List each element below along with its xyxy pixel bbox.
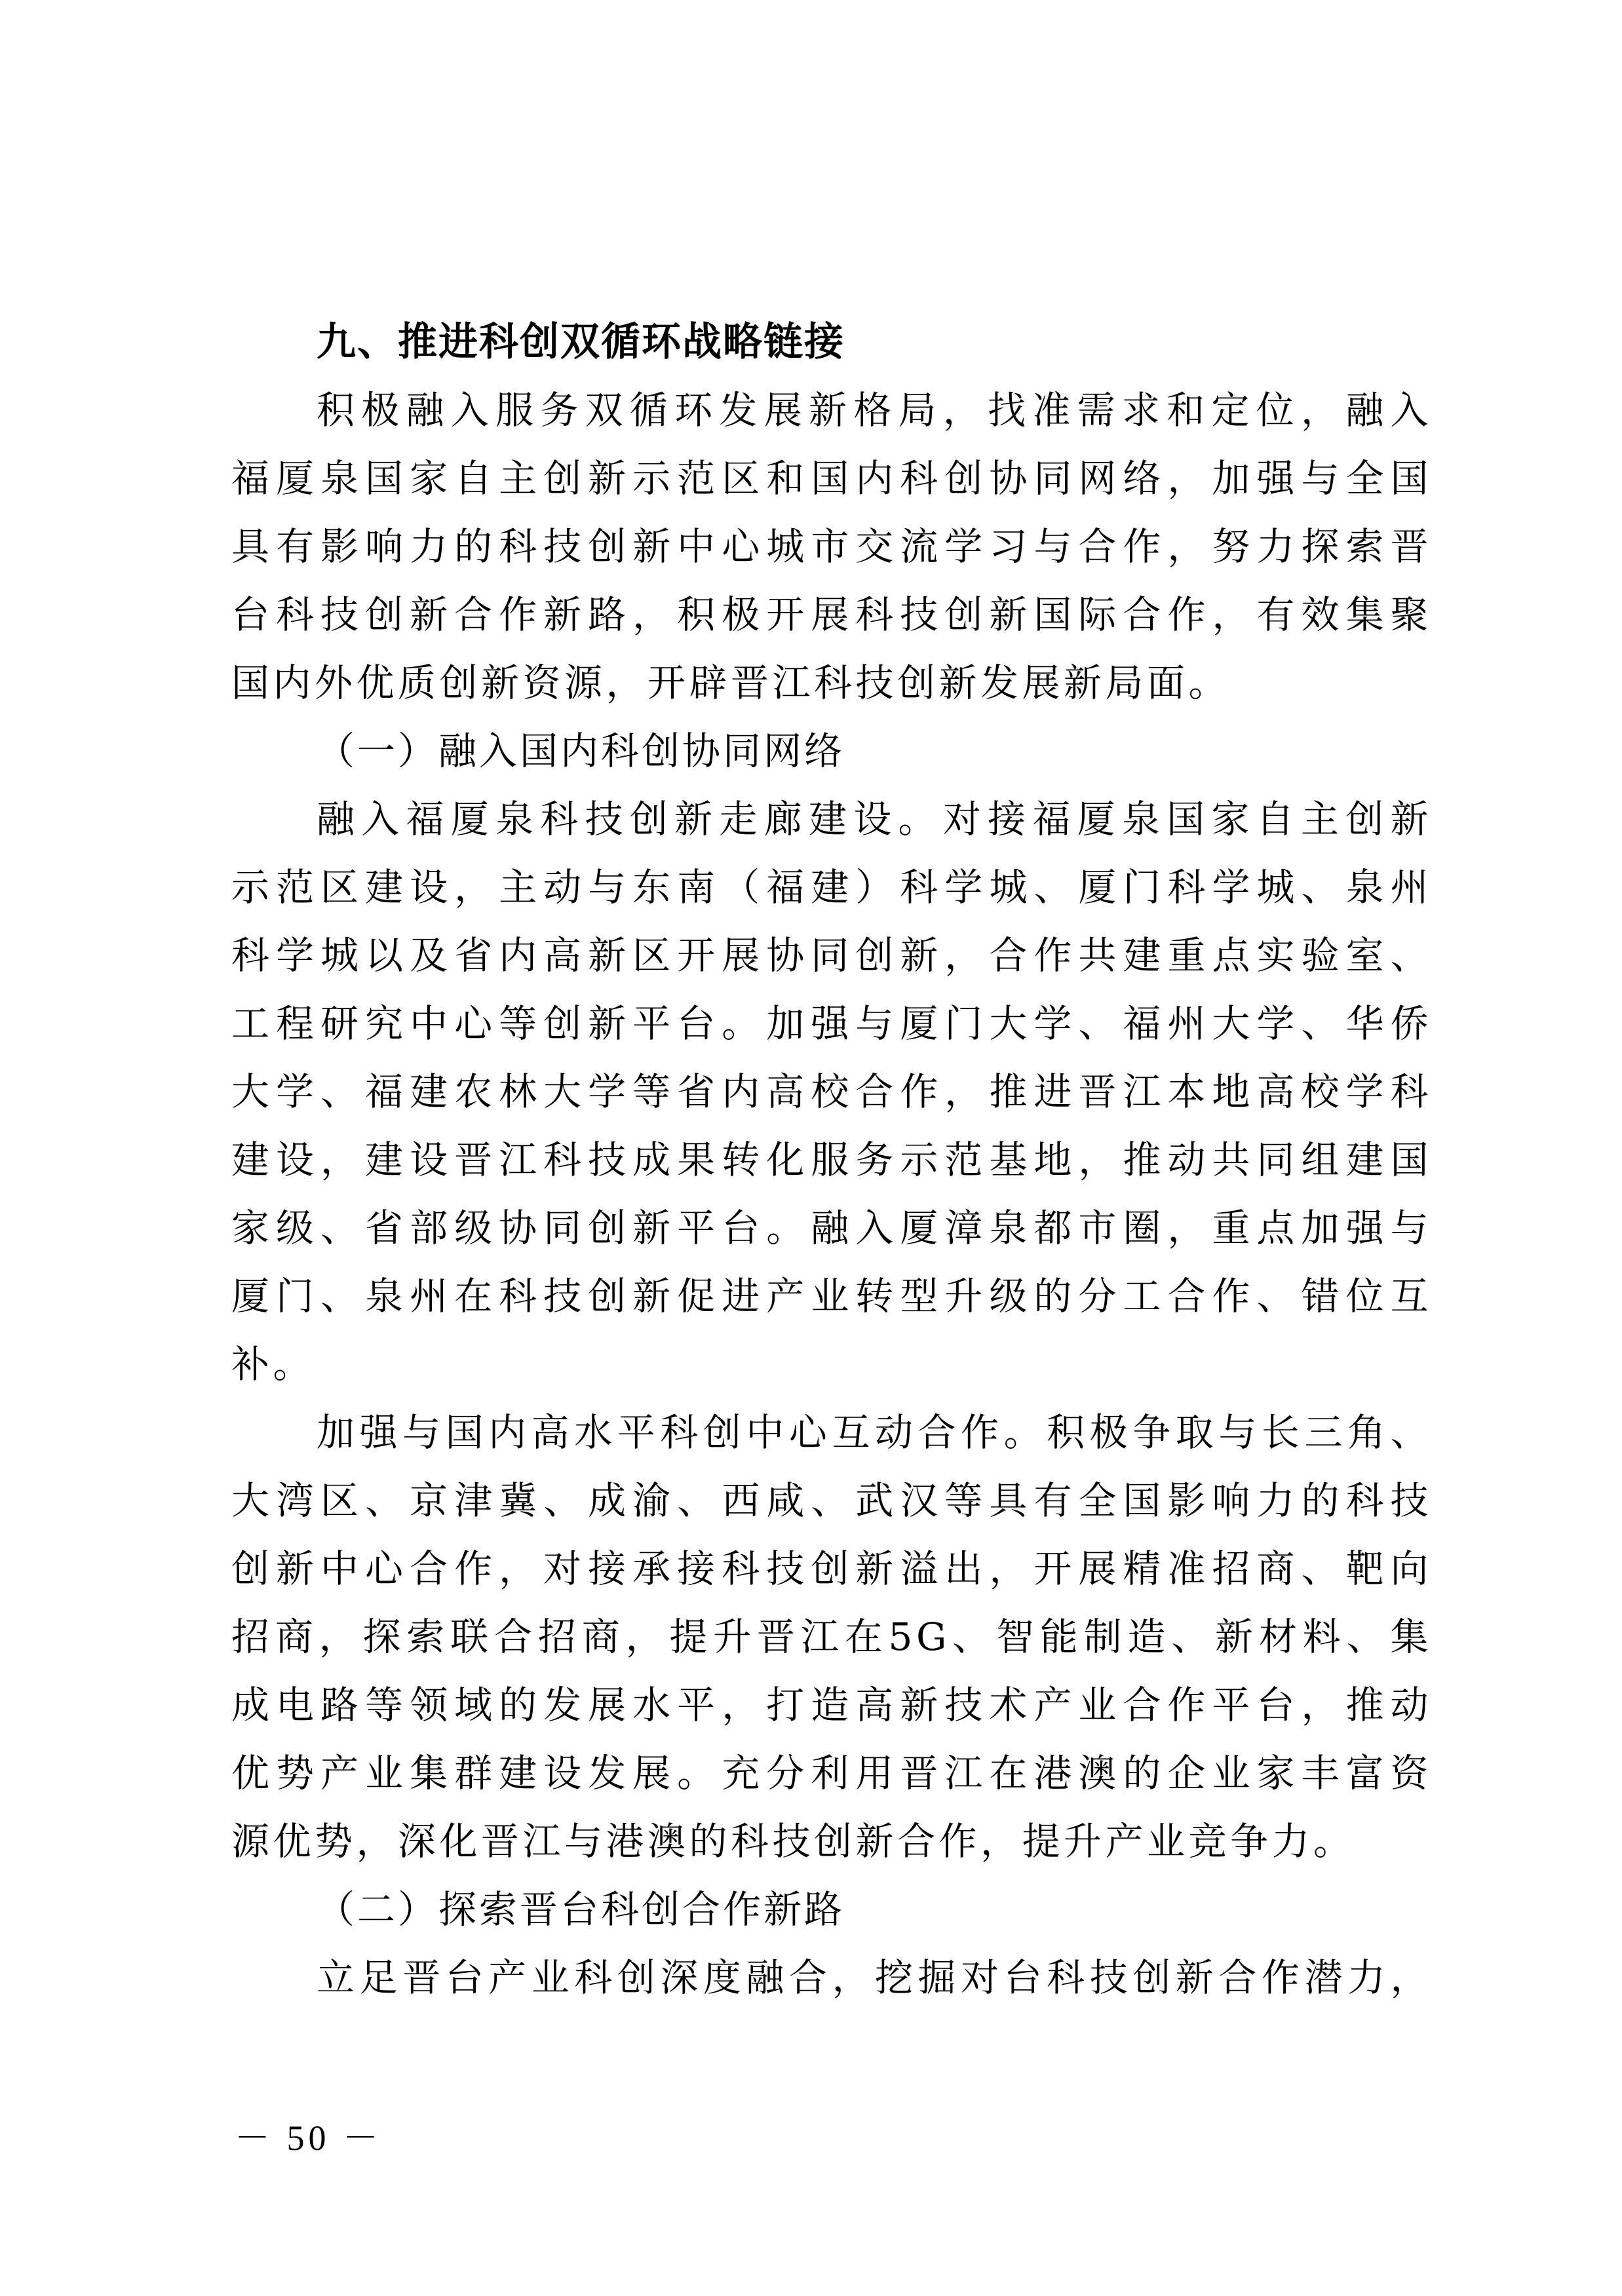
text-line: 工程研究中心等创新平台。加强与厦门大学、福州大学、华侨 (231, 989, 1432, 1058)
text-line: 建设，建设晋江科技成果转化服务示范基地，推动共同组建国 (231, 1126, 1432, 1194)
subsection-1-paragraph-1: 融入福厦泉科技创新走廊建设。对接福厦泉国家自主创新 示范区建设，主动与东南（福建… (231, 785, 1432, 1398)
text-line: 大湾区、京津冀、成渝、西咸、武汉等具有全国影响力的科技 (231, 1466, 1432, 1535)
page-number: － 50 － (235, 2115, 382, 2161)
text-line: 成电路等领域的发展水平，打造高新技术产业合作平台，推动 (231, 1671, 1432, 1739)
text-line: 台科技创新合作新路，积极开展科技创新国际合作，有效集聚 (231, 581, 1432, 649)
subsection-2-paragraph-1: 立足晋台产业科创深度融合，挖掘对台科技创新合作潜力， (231, 1943, 1432, 2012)
text-line: 示范区建设，主动与东南（福建）科学城、厦门科学城、泉州 (231, 853, 1432, 921)
text-line: 福厦泉国家自主创新示范区和国内科创协同网络，加强与全国 (231, 444, 1432, 512)
text-line: 优势产业集群建设发展。充分利用晋江在港澳的企业家丰富资 (231, 1739, 1432, 1807)
text-line: 源优势，深化晋江与港澳的科技创新合作，提升产业竞争力。 (231, 1807, 1432, 1875)
text-line: 科学城以及省内高新区开展协同创新，合作共建重点实验室、 (231, 921, 1432, 989)
text-line: 立足晋台产业科创深度融合，挖掘对台科技创新合作潜力， (231, 1943, 1432, 2012)
section-heading: 九、推进科创双循环战略链接 (231, 308, 1432, 376)
text-line: 加强与国内高水平科创中心互动合作。积极争取与长三角、 (231, 1398, 1432, 1466)
text-line: 融入福厦泉科技创新走廊建设。对接福厦泉国家自主创新 (231, 785, 1432, 853)
text-line: 创新中心合作，对接承接科技创新溢出，开展精准招商、靶向 (231, 1535, 1432, 1603)
subsection-1-title: （一）融入国内科创协同网络 (231, 717, 1432, 785)
text-line: 补。 (231, 1330, 1432, 1398)
subsection-2-title: （二）探索晋台科创合作新路 (231, 1875, 1432, 1943)
document-page: 九、推进科创双循环战略链接 积极融入服务双循环发展新格局，找准需求和定位，融入 … (231, 308, 1432, 2012)
intro-paragraph: 积极融入服务双循环发展新格局，找准需求和定位，融入 福厦泉国家自主创新示范区和国… (231, 376, 1432, 717)
text-line: 家级、省部级协同创新平台。融入厦漳泉都市圈，重点加强与 (231, 1194, 1432, 1262)
text-line: 大学、福建农林大学等省内高校合作，推进晋江本地高校学科 (231, 1058, 1432, 1126)
text-line: 国内外优质创新资源，开辟晋江科技创新发展新局面。 (231, 649, 1432, 717)
text-line: 具有影响力的科技创新中心城市交流学习与合作，努力探索晋 (231, 512, 1432, 581)
text-line: 招商，探索联合招商，提升晋江在5G、智能制造、新材料、集 (231, 1603, 1432, 1671)
subsection-1-paragraph-2: 加强与国内高水平科创中心互动合作。积极争取与长三角、 大湾区、京津冀、成渝、西咸… (231, 1398, 1432, 1875)
text-line: 厦门、泉州在科技创新促进产业转型升级的分工合作、错位互 (231, 1262, 1432, 1330)
text-line: 积极融入服务双循环发展新格局，找准需求和定位，融入 (231, 376, 1432, 444)
